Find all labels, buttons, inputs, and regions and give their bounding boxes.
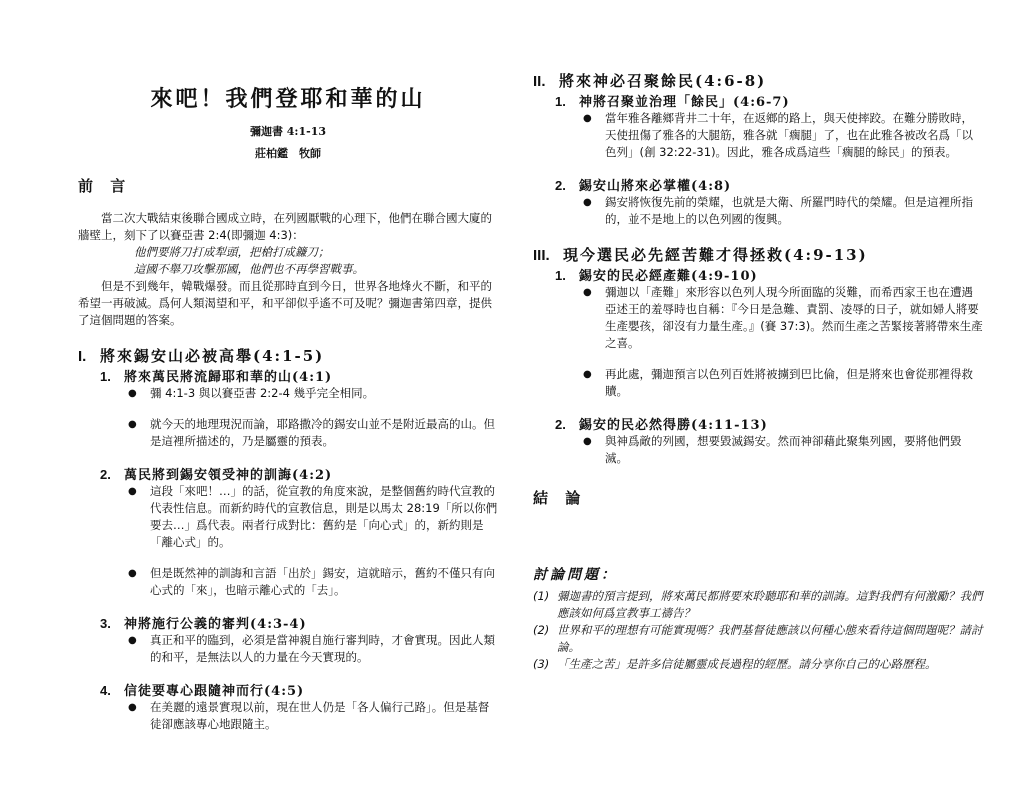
subsection-title: 錫安的民必經產難(4:9-10) [579,265,758,284]
subsection-title: 信徒要專心跟隨神而行(4:5) [124,680,304,699]
bullet-icon: ● [583,433,605,467]
intro-paragraph-2: 但是不到幾年，韓戰爆發。而且從那時直到今日，世界各地烽火不斷，和平的希望一再破滅… [78,278,498,329]
bullet-text: 彌 4:1-3 與以賽亞書 2:2-4 幾乎完全相同。 [150,385,498,402]
section-number: III. [533,247,563,264]
question-number: (1) [533,588,557,622]
quote-line-1: 他們要將刀打成犁頭，把槍打成鐮刀； [78,244,498,261]
section-heading: II. 將來神必召聚餘民(4:6-8) [533,70,983,91]
bullet-text: 在美麗的遠景實現以前，現在世人仍是「各人偏行己路」。但是基督徒卻應該專心地跟隨主… [150,699,498,733]
bullet-text: 但是既然神的訓誨和言語「出於」錫安，這就暗示，舊約不僅只有向心式的「來」，也暗示… [150,565,498,599]
bullet-item: ● 但是既然神的訓誨和言語「出於」錫安，這就暗示，舊約不僅只有向心式的「來」，也… [78,565,498,599]
subsection-title: 將來萬民將流歸耶和華的山(4:1) [124,366,332,385]
bullet-text: 錫安將恢復先前的榮耀，也就是大衛、所羅門時代的榮耀。但是這裡所指的，並不是地上的… [605,194,983,228]
bullet-icon: ● [128,632,150,666]
subsection-number: 2. [100,467,124,482]
quote-line-2: 這國不舉刀攻擊那國，他們也不再學習戰事。 [78,261,498,278]
section-title: 將來神必召聚餘民(4:6-8) [559,70,766,91]
subsection-number: 4. [100,683,124,698]
bullet-icon: ● [128,565,150,599]
discussion-question: (2) 世界和平的理想有可能實現嗎？我們基督徒應該以何種心態來看待這個問題呢？請… [533,622,983,656]
bullet-text: 與神爲敵的列國，想要毀滅錫安。然而神卻藉此聚集列國，要將他們毀滅。 [605,433,983,467]
bullet-text: 彌迦以「產難」來形容以色列人現今所面臨的災難，而希西家王也在遭遇亞述王的羞辱時也… [605,284,983,352]
subsection-heading: 2. 錫安山將來必掌權(4:8) [533,175,983,194]
section-heading: I. 將來錫安山必被高舉(4:1-5) [78,345,498,366]
scripture-reference: 彌迦書 4:1-13 [78,123,498,139]
bullet-icon: ● [583,284,605,352]
subsection-number: 1. [555,94,579,109]
bullet-text: 真正和平的臨到，必須是當神親自施行審判時，才會實現。因此人類的和平，是無法以人的… [150,632,498,666]
subsection-title: 神將召聚並治理「餘民」(4:6-7) [579,91,790,110]
subsection-title: 萬民將到錫安領受神的訓誨(4:2) [124,464,332,483]
bullet-item: ● 在美麗的遠景實現以前，現在世人仍是「各人偏行己路」。但是基督徒卻應該專心地跟… [78,699,498,733]
bullet-item: ● 彌 4:1-3 與以賽亞書 2:2-4 幾乎完全相同。 [78,385,498,402]
subsection-title: 錫安的民必然得勝(4:11-13) [579,414,768,433]
intro-heading: 前 言 [78,175,498,196]
bullet-icon: ● [128,416,150,450]
conclusion-heading: 結 論 [533,487,983,508]
bullet-icon: ● [128,699,150,733]
section-number: II. [533,73,559,90]
subsection-heading: 1. 將來萬民將流歸耶和華的山(4:1) [78,366,498,385]
bullet-icon: ● [128,483,150,551]
subsection-title: 神將施行公義的審判(4:3-4) [124,613,307,632]
bullet-text: 這段「來吧！…」的話，從宣教的角度來說，是整個舊約時代宣教的代表性信息。而新約時… [150,483,498,551]
right-page: II. 將來神必召聚餘民(4:6-8) 1. 神將召聚並治理「餘民」(4:6-7… [533,70,983,673]
discussion-section: 討論問題： (1) 彌迦書的預言提到，將來萬民都將要來聆聽耶和華的訓誨。這對我們… [533,564,983,673]
bullet-text: 當年雅各離鄉背井二十年，在返鄉的路上，與天使摔跤。在難分勝敗時，天使扭傷了雅各的… [605,110,983,161]
subsection-title: 錫安山將來必掌權(4:8) [579,175,731,194]
discussion-question: (3) 「生產之苦」是許多信徒屬靈成長過程的經歷。請分享你自己的心路歷程。 [533,656,983,673]
question-text: 彌迦書的預言提到，將來萬民都將要來聆聽耶和華的訓誨。這對我們有何激勵？我們應該如… [557,588,983,622]
sermon-title: 來吧！我們登耶和華的山 [78,82,498,113]
subsection-number: 3. [100,616,124,631]
subsection-number: 1. [100,369,124,384]
subsection-heading: 2. 錫安的民必然得勝(4:11-13) [533,414,983,433]
subsection-number: 1. [555,268,579,283]
bullet-item: ● 就今天的地理現況而論，耶路撒冷的錫安山並不是附近最高的山。但是這裡所描述的，… [78,416,498,450]
bullet-icon: ● [128,385,150,402]
section-number: I. [78,348,100,365]
bullet-item: ● 真正和平的臨到，必須是當神親自施行審判時，才會實現。因此人類的和平，是無法以… [78,632,498,666]
question-number: (2) [533,622,557,656]
bullet-text: 再此處，彌迦預言以色列百姓將被擄到巴比倫，但是將來也會從那裡得救贖。 [605,366,983,400]
bullet-icon: ● [583,194,605,228]
section-title: 將來錫安山必被高舉(4:1-5) [100,345,324,366]
subsection-heading: 1. 錫安的民必經產難(4:9-10) [533,265,983,284]
question-number: (3) [533,656,557,673]
subsection-heading: 4. 信徒要專心跟隨神而行(4:5) [78,680,498,699]
bullet-item: ● 這段「來吧！…」的話，從宣教的角度來說，是整個舊約時代宣教的代表性信息。而新… [78,483,498,551]
section-title: 現今選民必先經苦難才得拯救(4:9-13) [563,244,868,265]
bullet-item: ● 彌迦以「產難」來形容以色列人現今所面臨的災難，而希西家王也在遭遇亞述王的羞辱… [533,284,983,352]
bullet-item: ● 與神爲敵的列國，想要毀滅錫安。然而神卻藉此聚集列國，要將他們毀滅。 [533,433,983,467]
subsection-number: 2. [555,178,579,193]
section-heading: III. 現今選民必先經苦難才得拯救(4:9-13) [533,244,983,265]
discussion-question: (1) 彌迦書的預言提到，將來萬民都將要來聆聽耶和華的訓誨。這對我們有何激勵？我… [533,588,983,622]
discussion-title: 討論問題： [533,564,983,584]
subsection-number: 2. [555,417,579,432]
bullet-icon: ● [583,110,605,161]
subsection-heading: 3. 神將施行公義的審判(4:3-4) [78,613,498,632]
question-text: 「生產之苦」是許多信徒屬靈成長過程的經歷。請分享你自己的心路歷程。 [557,656,937,673]
bullet-item: ● 錫安將恢復先前的榮耀，也就是大衛、所羅門時代的榮耀。但是這裡所指的，並不是地… [533,194,983,228]
subsection-heading: 1. 神將召聚並治理「餘民」(4:6-7) [533,91,983,110]
left-page: 來吧！我們登耶和華的山 彌迦書 4:1-13 莊柏鑑 牧師 前 言 當二次大戰結… [78,70,498,733]
subsection-heading: 2. 萬民將到錫安領受神的訓誨(4:2) [78,464,498,483]
bullet-text: 就今天的地理現況而論，耶路撒冷的錫安山並不是附近最高的山。但是這裡所描述的，乃是… [150,416,498,450]
bullet-icon: ● [583,366,605,400]
bullet-item: ● 再此處，彌迦預言以色列百姓將被擄到巴比倫，但是將來也會從那裡得救贖。 [533,366,983,400]
intro-paragraph-1: 當二次大戰結束後聯合國成立時，在列國厭戰的心理下，他們在聯合國大廈的牆壁上，刻下… [78,210,498,244]
author: 莊柏鑑 牧師 [78,145,498,161]
question-text: 世界和平的理想有可能實現嗎？我們基督徒應該以何種心態來看待這個問題呢？請討論。 [557,622,983,656]
bullet-item: ● 當年雅各離鄉背井二十年，在返鄉的路上，與天使摔跤。在難分勝敗時，天使扭傷了雅… [533,110,983,161]
